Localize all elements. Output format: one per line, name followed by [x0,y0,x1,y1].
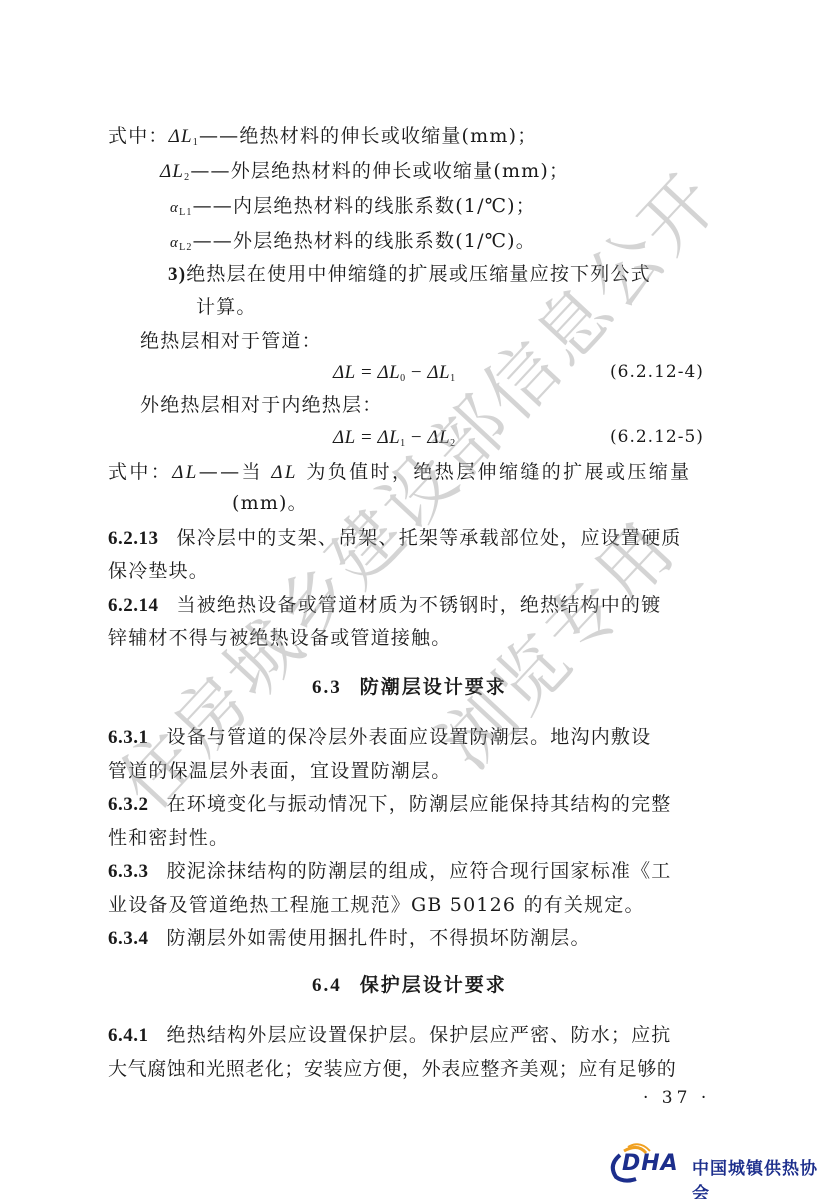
clause-6-3-1-line-2: 管道的保温层外表面，宜设置防潮层。 [108,759,451,783]
where-line-3: αL1——内层绝热材料的线胀系数(1/℃)； [170,194,536,225]
item-3-line-1: 3)绝热层在使用中伸缩缝的扩展或压缩量应按下列公式 [168,262,651,287]
where-line-1: 式中：ΔL1——绝热材料的伸长或收缩量(mm)； [108,124,537,155]
clause-6-4-1-line-2: 大气腐蚀和光照老化；安装应方便，外表应整齐美观；应有足够的 [108,1057,676,1081]
where-prefix: 式中： [108,125,169,147]
clause-6-3-2-line-2: 性和密封性。 [108,826,229,850]
equation-number-5: (6.2.12-5) [610,427,704,447]
where-line-2: ΔL2——外层绝热材料的伸长或收缩量(mm)； [160,159,569,190]
clause-6-3-2-line-1: 6.3.2在环境变化与振动情况下，防潮层应能保持其结构的完整 [108,792,672,817]
where-line-4: αL2——外层绝热材料的线胀系数(1/℃)。 [170,229,536,260]
case-1-label: 绝热层相对于管道： [140,329,322,353]
where-2-line-1: 式中：ΔL——当 ΔL 为负值时，绝热层伸缩缝的扩展或压缩量 [108,460,692,485]
page-number: · 37 · [643,1088,710,1108]
clause-6-2-14-line-1: 6.2.14当被绝热设备或管道材质为不锈钢时，绝热结构中的镀 [108,593,661,618]
symbol-delta-l2: ΔL2 [160,161,190,182]
logo-mark: DHA [622,1151,679,1176]
clause-number: 6.2.14 [108,595,159,616]
item-3-number: 3) [168,264,186,285]
symbol-alpha-l1: αL1 [170,200,193,216]
section-heading-6-4: 6.4保护层设计要求 [312,970,507,997]
where-desc-2: ——外层绝热材料的伸长或收缩量(mm)； [190,160,569,182]
clause-6-3-3-line-2: 业设备及管道绝热工程施工规范》GB 50126 的有关规定。 [108,893,645,917]
clause-6-4-1-line-1: 6.4.1绝热结构外层应设置保护层。保护层应严密、防水；应抗 [108,1023,672,1048]
symbol-delta-l1: ΔL1 [169,126,199,147]
where-desc-4: ——外层绝热材料的线胀系数(1/℃)。 [193,230,536,252]
case-2-label: 外绝热层相对于内绝热层： [140,393,382,417]
logo-org-name: 中国城镇供热协会 [692,1154,824,1199]
clause-number: 6.2.13 [108,528,159,549]
section-heading-6-3: 6.3防潮层设计要求 [312,672,507,699]
clause-6-2-14-line-2: 锌辅材不得与被绝热设备或管道接触。 [108,626,451,650]
equation-number-4: (6.2.12-4) [610,362,704,382]
item-3-text: 绝热层在使用中伸缩缝的扩展或压缩量应按下列公式 [186,263,651,285]
clause-6-2-13-line-1: 6.2.13保冷层中的支架、吊架、托架等承载部位处，应设置硬质 [108,526,682,551]
clause-6-2-13-line-2: 保冷垫块。 [108,559,209,583]
document-page: 式中：ΔL1——绝热材料的伸长或收缩量(mm)； ΔL2——外层绝热材料的伸长或… [0,0,827,1199]
where-2-line-2: (mm)。 [232,491,308,515]
equation-6-2-12-5: ΔL = ΔL1 − ΔL2 [333,426,456,456]
symbol-alpha-l2: αL2 [170,235,193,251]
item-3-line-2: 计算。 [196,295,257,319]
clause-6-3-4-line-1: 6.3.4防潮层外如需使用捆扎件时，不得损坏防潮层。 [108,926,591,951]
clause-6-3-1-line-1: 6.3.1设备与管道的保冷层外表面应设置防潮层。地沟内敷设 [108,725,651,750]
where-desc-1: ——绝热材料的伸长或收缩量(mm)； [199,125,537,147]
dha-logo: DHA 中国城镇供热协会 [604,1143,824,1187]
equation-6-2-12-4: ΔL = ΔL0 − ΔL1 [333,361,456,391]
where-desc-3: ——内层绝热材料的线胀系数(1/℃)； [193,195,536,217]
clause-6-3-3-line-1: 6.3.3胶泥涂抹结构的防潮层的组成，应符合现行国家标准《工 [108,859,672,884]
